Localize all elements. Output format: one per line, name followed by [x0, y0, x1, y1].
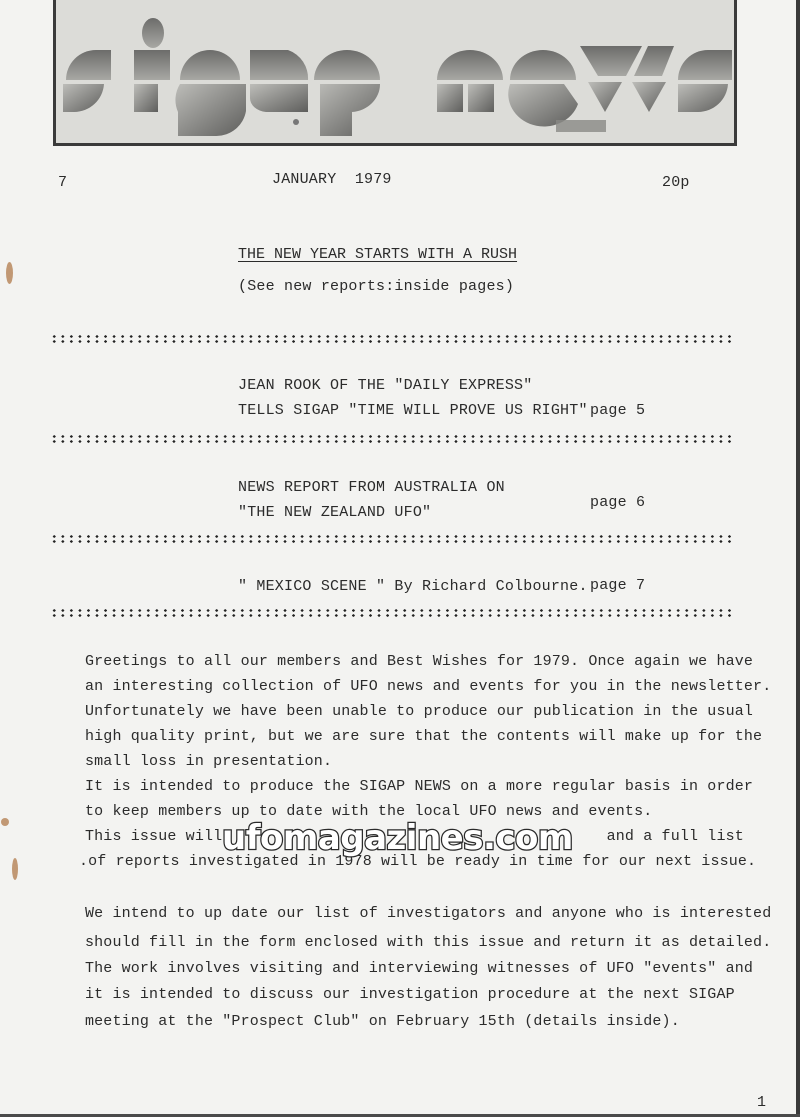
- separator: [50, 334, 734, 344]
- body-line: The work involves visiting and interview…: [85, 960, 753, 977]
- body-line: We intend to up date our list of investi…: [85, 905, 771, 922]
- lead-subline: (See new reports:inside pages): [238, 278, 514, 295]
- contents-item-title: " MEXICO SCENE " By Richard Colbourne.: [238, 578, 588, 595]
- body-line: Unfortunately we have been unable to pro…: [85, 703, 753, 720]
- issue-price: 20p: [662, 174, 690, 191]
- masthead: [53, 0, 737, 146]
- issue-date: JANUARY 1979: [272, 171, 392, 188]
- issue-number: 7: [58, 174, 67, 191]
- separator: [50, 608, 734, 618]
- lead-headline: THE NEW YEAR STARTS WITH A RUSH: [238, 246, 517, 263]
- rust-stain: [12, 858, 18, 880]
- page-edge: [796, 0, 800, 1117]
- body-line: It is intended to produce the SIGAP NEWS…: [85, 778, 753, 795]
- body-line: high quality print, but we are sure that…: [85, 728, 762, 745]
- body-line: it is intended to discuss our investigat…: [85, 986, 735, 1003]
- separator: [50, 434, 734, 444]
- contents-item-page: page 5: [590, 402, 645, 419]
- separator: [50, 534, 734, 544]
- body-line: small loss in presentation.: [85, 753, 332, 770]
- contents-item-page: page 7: [590, 577, 645, 594]
- rust-stain: [6, 262, 13, 284]
- body-line: an interesting collection of UFO news an…: [85, 678, 771, 695]
- rust-stain: [1, 818, 9, 826]
- contents-item-title: TELLS SIGAP "TIME WILL PROVE US RIGHT": [238, 402, 588, 419]
- page-number: 1: [757, 1094, 766, 1111]
- contents-item-title: NEWS REPORT FROM AUSTRALIA ON: [238, 479, 505, 496]
- watermark: ufomagazines.com: [222, 818, 573, 858]
- contents-item-title: "THE NEW ZEALAND UFO": [238, 504, 431, 521]
- body-line: should fill in the form enclosed with th…: [85, 934, 771, 951]
- masthead-logo: [56, 0, 740, 146]
- contents-item-page: page 6: [590, 494, 645, 511]
- body-line: meeting at the "Prospect Club" on Februa…: [85, 1013, 680, 1030]
- body-line: Greetings to all our members and Best Wi…: [85, 653, 753, 670]
- contents-item-title: JEAN ROOK OF THE "DAILY EXPRESS": [238, 377, 532, 394]
